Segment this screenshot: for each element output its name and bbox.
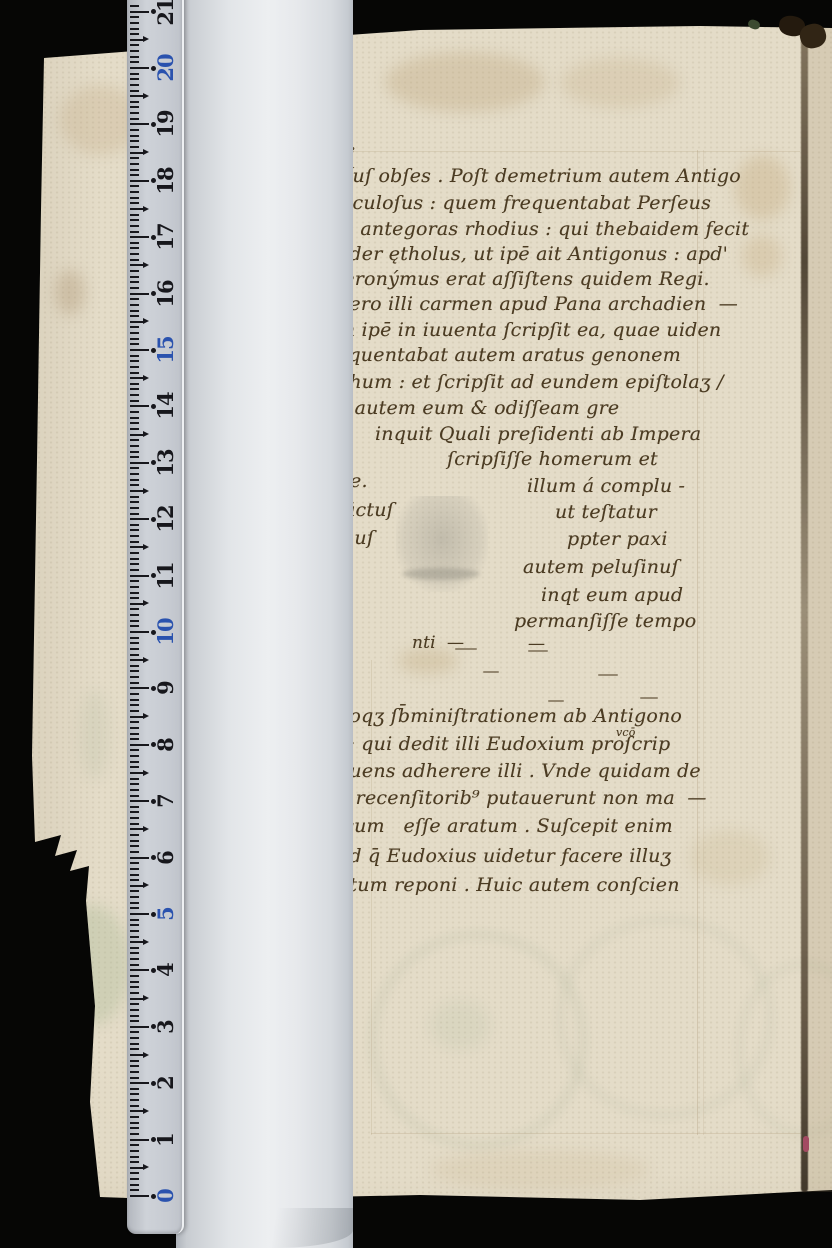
ruler-tick bbox=[130, 1116, 139, 1118]
ruler-tick bbox=[130, 580, 139, 582]
ruler-tick bbox=[130, 885, 143, 887]
ruler-tick bbox=[130, 219, 139, 221]
ruler-tick bbox=[130, 563, 139, 565]
ruler-number: 9 bbox=[152, 673, 180, 703]
ruler-tick bbox=[130, 569, 139, 571]
ruler-tick bbox=[130, 721, 139, 723]
ruler-number: 19 bbox=[152, 109, 180, 139]
ruler-tick bbox=[130, 214, 139, 216]
ruler-tick bbox=[130, 620, 139, 622]
ruler-tick bbox=[130, 868, 139, 870]
ruler-tick bbox=[130, 676, 139, 678]
ruler-tick bbox=[130, 907, 139, 909]
ruler-tick bbox=[130, 1156, 139, 1158]
page-stain bbox=[560, 58, 680, 108]
ruler-tick bbox=[130, 806, 139, 808]
ruler-tick bbox=[130, 462, 149, 464]
ruler-tick bbox=[130, 479, 139, 481]
ruler-tick bbox=[130, 1172, 139, 1174]
ruler-tick bbox=[130, 496, 139, 498]
ruler-tick bbox=[130, 1127, 139, 1129]
ruler-tick bbox=[130, 1189, 139, 1191]
ruler-tick bbox=[130, 761, 139, 763]
ruler-tick bbox=[130, 490, 143, 492]
paper-roll-bottom-edge bbox=[176, 1208, 353, 1248]
ruler-tick bbox=[130, 451, 139, 453]
ruler-tick bbox=[130, 947, 139, 949]
page-stain bbox=[735, 155, 790, 220]
ruler-tick bbox=[130, 687, 149, 689]
ruler-tick bbox=[130, 50, 139, 52]
ruler-tick bbox=[130, 84, 139, 86]
ruler-tick bbox=[130, 332, 139, 334]
ruler-tick bbox=[130, 851, 139, 853]
ruler-tick bbox=[130, 693, 139, 695]
ruler-tick bbox=[130, 1178, 139, 1180]
ruler-tick bbox=[130, 90, 139, 92]
ruler-tick bbox=[130, 16, 139, 18]
ruler-tick bbox=[130, 1031, 139, 1033]
ruler-tick bbox=[130, 372, 139, 374]
ruler-tick bbox=[130, 507, 139, 509]
ruler-tick bbox=[130, 558, 139, 560]
ruler-tick bbox=[130, 411, 139, 413]
ruler-tick bbox=[130, 445, 139, 447]
ruler-tick bbox=[130, 61, 139, 63]
ruler-tick bbox=[130, 360, 139, 362]
ruler-tick bbox=[130, 1133, 139, 1135]
page-stain bbox=[55, 270, 85, 315]
ruler-tick bbox=[130, 642, 139, 644]
ruler-tick bbox=[130, 699, 139, 701]
ruler-tick bbox=[130, 191, 139, 193]
ruler-tick bbox=[130, 264, 143, 266]
ruler-tick bbox=[130, 242, 139, 244]
ruler-tick bbox=[130, 834, 139, 836]
manuscript-line: autem peluſinuſ bbox=[523, 557, 679, 578]
ruler-tick bbox=[130, 766, 139, 768]
manuscript-line: uero illi carmen apud Pana archadien — bbox=[337, 294, 738, 315]
ruler-tick bbox=[130, 1110, 143, 1112]
ruler-tick bbox=[130, 106, 139, 108]
ruler-tick bbox=[130, 654, 139, 656]
ruler-tick bbox=[130, 78, 139, 80]
ruler-tick bbox=[130, 5, 139, 7]
ruler-number: 16 bbox=[152, 279, 180, 309]
ruler-tick bbox=[130, 614, 139, 616]
ruler-tick bbox=[130, 343, 139, 345]
ruler-tick bbox=[130, 981, 139, 983]
ruler-tick bbox=[130, 293, 149, 295]
manuscript-line: equentabat autem aratus genonem bbox=[337, 345, 681, 366]
ruler-tick bbox=[130, 1077, 139, 1079]
ruler-tick bbox=[130, 710, 139, 712]
ruler-tick bbox=[130, 146, 139, 148]
ruler-tick bbox=[130, 236, 149, 238]
ruler-tick bbox=[130, 513, 139, 515]
manuscript-line: inqt eum apud bbox=[541, 585, 683, 606]
ruler-tick bbox=[130, 896, 139, 898]
ruler-number: 18 bbox=[152, 166, 180, 196]
ruler-tick bbox=[130, 304, 139, 306]
ruler-tick bbox=[130, 473, 139, 475]
ruler-tick bbox=[130, 484, 139, 486]
ruler-tick bbox=[130, 879, 139, 881]
ruler-tick bbox=[130, 259, 139, 261]
ruler-tick bbox=[130, 552, 139, 554]
ruler-tick bbox=[130, 1088, 139, 1090]
ruler-tick bbox=[130, 67, 149, 69]
ruler-tick bbox=[130, 857, 149, 859]
ruler-tick bbox=[130, 174, 139, 176]
manuscript-line: icum eſſe aratum . Suſcepit enim bbox=[337, 816, 673, 837]
ruler-tick bbox=[130, 941, 143, 943]
manuscript-line: permanſiſſe tempo bbox=[514, 611, 696, 632]
ruler-tick bbox=[130, 840, 139, 842]
ruler-tick bbox=[130, 998, 143, 1000]
ruler-tick bbox=[130, 253, 139, 255]
ruler-tick bbox=[130, 298, 139, 300]
ruler-tick bbox=[130, 800, 149, 802]
ruler-tick bbox=[130, 913, 149, 915]
ruler-tick bbox=[130, 152, 143, 154]
ruler-tick bbox=[130, 1054, 143, 1056]
ink-smudge-rim bbox=[402, 568, 480, 580]
ruler-tick bbox=[130, 529, 139, 531]
ruler-tick bbox=[130, 541, 139, 543]
manuscript-line: ríuſ obſes . Poſt demetrium autem Antigo bbox=[337, 166, 741, 187]
ruler-tick bbox=[130, 862, 139, 864]
ruler-number: 13 bbox=[152, 448, 180, 478]
ruler-tick bbox=[130, 123, 149, 125]
ruler-tick bbox=[130, 631, 149, 633]
ruler-number: 2 bbox=[152, 1068, 180, 1098]
manuscript-page: neríuſ obſes . Poſt demetrium autem Anti… bbox=[0, 0, 832, 1248]
ruler-tick bbox=[130, 310, 139, 312]
ruler-tick bbox=[130, 366, 139, 368]
ruler-tick bbox=[130, 665, 139, 667]
page-stain bbox=[742, 235, 782, 277]
ruler-tick bbox=[130, 964, 139, 966]
ruler-tick bbox=[130, 919, 139, 921]
ruler-tick bbox=[130, 845, 139, 847]
ruler-tick bbox=[130, 586, 139, 588]
ruler-number: 4 bbox=[152, 955, 180, 985]
ruler-tick bbox=[130, 56, 139, 58]
ruler-tick bbox=[130, 157, 139, 159]
manuscript-line: ut teſtatur bbox=[555, 502, 657, 523]
ruler-tick bbox=[130, 180, 149, 182]
manuscript-line: ud q̄ Eudoxius uidetur facere illuʒ bbox=[337, 846, 672, 867]
ruler-tick bbox=[130, 169, 139, 171]
ruler-tick bbox=[130, 118, 139, 120]
manuscript-line: & antegoras rhodius : qui thebaidem feci… bbox=[337, 219, 749, 240]
ruler-number: 6 bbox=[152, 843, 180, 873]
ruler-tick bbox=[130, 930, 139, 932]
pen-dash bbox=[548, 700, 564, 702]
ruler-tick bbox=[130, 749, 139, 751]
ruler-number: 7 bbox=[152, 786, 180, 816]
ruler-tick bbox=[130, 197, 139, 199]
ruler-tick bbox=[130, 1150, 139, 1152]
ruler-tick bbox=[130, 1167, 143, 1169]
ruler-tick bbox=[130, 225, 139, 227]
ruler-tick bbox=[130, 405, 149, 407]
manuscript-line: n recenſitorib⁹ putauerunt non ma — bbox=[337, 788, 707, 809]
manuscript-line: uoqʒ ſb̄miniſtrationem ab Antigono bbox=[337, 706, 682, 727]
ruler-tick bbox=[130, 958, 139, 960]
ruler-tick bbox=[130, 185, 139, 187]
ruler-number: 12 bbox=[152, 504, 180, 534]
ruler-tick bbox=[130, 755, 139, 757]
ruler-tick bbox=[130, 417, 139, 419]
ruler-tick bbox=[130, 73, 139, 75]
ruler-tick bbox=[130, 326, 139, 328]
ruler-tick bbox=[130, 603, 143, 605]
manuscript-line: nuens adherere illi . Vnde quidam de bbox=[337, 761, 701, 782]
ruler-tick bbox=[130, 936, 139, 938]
ruler-tick bbox=[130, 1082, 149, 1084]
ruler-tick bbox=[130, 1020, 139, 1022]
pen-dash bbox=[598, 674, 618, 676]
ruler-tick bbox=[130, 592, 139, 594]
ruler-tick bbox=[130, 247, 139, 249]
ruler-tick bbox=[130, 315, 139, 317]
ruler-tick bbox=[130, 44, 139, 46]
ruler-tick bbox=[130, 467, 139, 469]
ruler-tick bbox=[130, 208, 143, 210]
ruler-tick bbox=[130, 281, 139, 283]
ruler-tick bbox=[130, 975, 139, 977]
ruler-number: 0 bbox=[152, 1181, 180, 1211]
ruler-tick bbox=[130, 969, 149, 971]
ruler-tick bbox=[130, 789, 139, 791]
manuscript-line: ieronýmus erat aſſiſtens quidem Regi. bbox=[337, 269, 710, 290]
ruler-tick bbox=[130, 738, 139, 740]
ruler-tick bbox=[130, 535, 139, 537]
manuscript-line: ptum reponi . Huic autem conſcien bbox=[337, 875, 680, 896]
ruler-tick bbox=[130, 22, 139, 24]
ruler-tick bbox=[130, 1026, 149, 1028]
ruler-number: 5 bbox=[152, 899, 180, 929]
manuscript-line: e: qui dedit illi Eudoxium proſcrip bbox=[337, 734, 670, 755]
ruler-tick bbox=[130, 11, 149, 13]
ruler-tick bbox=[130, 823, 139, 825]
ruler-tick bbox=[130, 338, 139, 340]
ruler-tick bbox=[130, 140, 139, 142]
ruler-tick bbox=[130, 1071, 139, 1073]
ruler-number: 14 bbox=[152, 391, 180, 421]
ruler-tick bbox=[130, 1139, 149, 1141]
ruler-tick bbox=[130, 575, 149, 577]
ruler-tick bbox=[130, 377, 143, 379]
ruler-tick bbox=[130, 811, 139, 813]
page-stain bbox=[385, 52, 545, 112]
ruler-tick bbox=[130, 733, 139, 735]
ruler-tick bbox=[130, 778, 139, 780]
ruler-tick bbox=[130, 383, 139, 385]
photograph-stage: neríuſ obſes . Poſt demetrium autem Anti… bbox=[0, 0, 832, 1248]
ruler-tick bbox=[130, 163, 139, 165]
ruler-tick bbox=[130, 1048, 139, 1050]
ruling-line-top bbox=[340, 151, 800, 152]
show-through-blob bbox=[430, 1000, 490, 1050]
ruler-tick bbox=[130, 1065, 139, 1067]
ruler-tick bbox=[130, 321, 143, 323]
ruler-tick bbox=[130, 355, 139, 357]
ruler-tick bbox=[130, 670, 139, 672]
ruler: 0123456789101112131415161718192021 bbox=[127, 0, 184, 1234]
ruler-tick bbox=[130, 388, 139, 390]
manuscript-line: è autem eum & odiſſeam gre bbox=[337, 398, 619, 419]
ruler-tick bbox=[130, 986, 139, 988]
manuscript-line: ppter paxi bbox=[567, 529, 668, 550]
ruler-tick bbox=[130, 434, 143, 436]
ruler-tick bbox=[130, 608, 139, 610]
manuscript-line: m ipē in iuuenta ſcripſit ea, quae uiden bbox=[337, 320, 721, 341]
binding-gutter-shade bbox=[808, 28, 832, 1192]
ruler-tick bbox=[130, 902, 139, 904]
ruler-tick bbox=[130, 828, 143, 830]
ruler-tick bbox=[130, 231, 139, 233]
ruler-tick bbox=[130, 1015, 139, 1017]
ruler-tick bbox=[130, 287, 139, 289]
manuscript-line: nder ętholus, ut ipē ait Antigonus : apd… bbox=[337, 244, 728, 265]
ruler-tick bbox=[130, 518, 149, 520]
ruler-tick bbox=[130, 33, 139, 35]
ruling-line-bottom bbox=[371, 1133, 801, 1134]
page-stain bbox=[80, 690, 110, 780]
manuscript-line: phum : et ſcripſit ad eundem epiſtolaʒ / bbox=[337, 372, 724, 393]
ruler-tick bbox=[130, 817, 139, 819]
ruler-tick bbox=[130, 400, 139, 402]
ruler-tick bbox=[130, 101, 139, 103]
ruler-tick bbox=[130, 716, 143, 718]
ruler-tick bbox=[130, 270, 139, 272]
ruler-tick bbox=[130, 112, 139, 114]
ruler-tick bbox=[130, 648, 139, 650]
ruler-number: 17 bbox=[152, 222, 180, 252]
ruler-tick bbox=[130, 202, 139, 204]
manuscript-line: inquit Quali preſidenti ab Impera bbox=[375, 424, 701, 445]
ruler-number: 10 bbox=[152, 617, 180, 647]
ruler-tick bbox=[130, 1144, 139, 1146]
ruler-tick bbox=[130, 924, 139, 926]
ruler-tick bbox=[130, 276, 139, 278]
binding-fold bbox=[801, 30, 808, 1192]
ruler-number: 15 bbox=[152, 335, 180, 365]
ruler-tick bbox=[130, 1122, 139, 1124]
ruler-tick bbox=[130, 546, 143, 548]
ruler-number: 1 bbox=[152, 1125, 180, 1155]
ruler-tick bbox=[130, 1003, 139, 1005]
page-stain bbox=[690, 830, 770, 885]
ruler-number: 21 bbox=[152, 0, 180, 27]
manuscript-line: nti — bbox=[412, 634, 464, 653]
ruler-tick bbox=[130, 135, 139, 137]
ruler-tick bbox=[130, 1037, 139, 1039]
manuscript-line: riculoſus : quem frequentabat Perſeus bbox=[337, 193, 711, 214]
pen-dash bbox=[640, 697, 658, 699]
ruler-tick bbox=[130, 704, 139, 706]
ruler-tick bbox=[130, 394, 139, 396]
ruler-tick bbox=[130, 39, 143, 41]
page-stain bbox=[55, 905, 130, 1025]
ruler-number: 20 bbox=[152, 53, 180, 83]
ruler-number: 3 bbox=[152, 1012, 180, 1042]
ruler-tick bbox=[130, 952, 139, 954]
ruler-tick bbox=[130, 439, 139, 441]
ruler-tick bbox=[130, 422, 139, 424]
ruler-tick bbox=[130, 890, 139, 892]
manuscript-line: ſcripſiſſe homerum et bbox=[447, 449, 658, 470]
paper-roll bbox=[176, 0, 353, 1248]
ruler-tick bbox=[130, 783, 139, 785]
ruler-tick bbox=[130, 727, 139, 729]
pen-dash bbox=[483, 671, 499, 673]
ruler-tick bbox=[130, 129, 139, 131]
ruler-tick bbox=[130, 1043, 139, 1045]
ruler-tick bbox=[130, 682, 139, 684]
page-stain bbox=[430, 1150, 650, 1190]
ruler-tick bbox=[130, 1099, 139, 1101]
ruler-tick bbox=[130, 637, 139, 639]
ruler-tick bbox=[130, 625, 139, 627]
ruler-tick bbox=[130, 349, 149, 351]
ruler-tick bbox=[130, 456, 139, 458]
ruler-tick bbox=[130, 1060, 139, 1062]
red-binding-mark bbox=[803, 1136, 809, 1152]
ruler-tick bbox=[130, 874, 139, 876]
ruler-tick bbox=[130, 1093, 139, 1095]
ruler-tick bbox=[130, 1105, 139, 1107]
ruling-line-left bbox=[371, 660, 372, 1135]
ruler-tick bbox=[130, 428, 139, 430]
ruler-number: 8 bbox=[152, 730, 180, 760]
ruler-tick bbox=[130, 772, 143, 774]
ruler-number: 11 bbox=[152, 561, 180, 591]
ruler-tick bbox=[130, 1184, 139, 1186]
ruler-tick bbox=[130, 524, 139, 526]
ruler-tick bbox=[130, 1161, 139, 1163]
ruler-tick bbox=[130, 659, 143, 661]
ruler-tick bbox=[130, 501, 139, 503]
ruler-tick bbox=[130, 597, 139, 599]
ruler-tick bbox=[130, 744, 149, 746]
manuscript-line: — bbox=[528, 635, 545, 654]
ruler-tick bbox=[130, 95, 143, 97]
ruler-tick bbox=[130, 28, 139, 30]
ruler-tick bbox=[130, 795, 139, 797]
manuscript-line: illum á complu - bbox=[527, 476, 685, 497]
ruler-tick bbox=[130, 1009, 139, 1011]
ruler-tick bbox=[130, 1195, 149, 1197]
ruler-tick bbox=[130, 992, 139, 994]
